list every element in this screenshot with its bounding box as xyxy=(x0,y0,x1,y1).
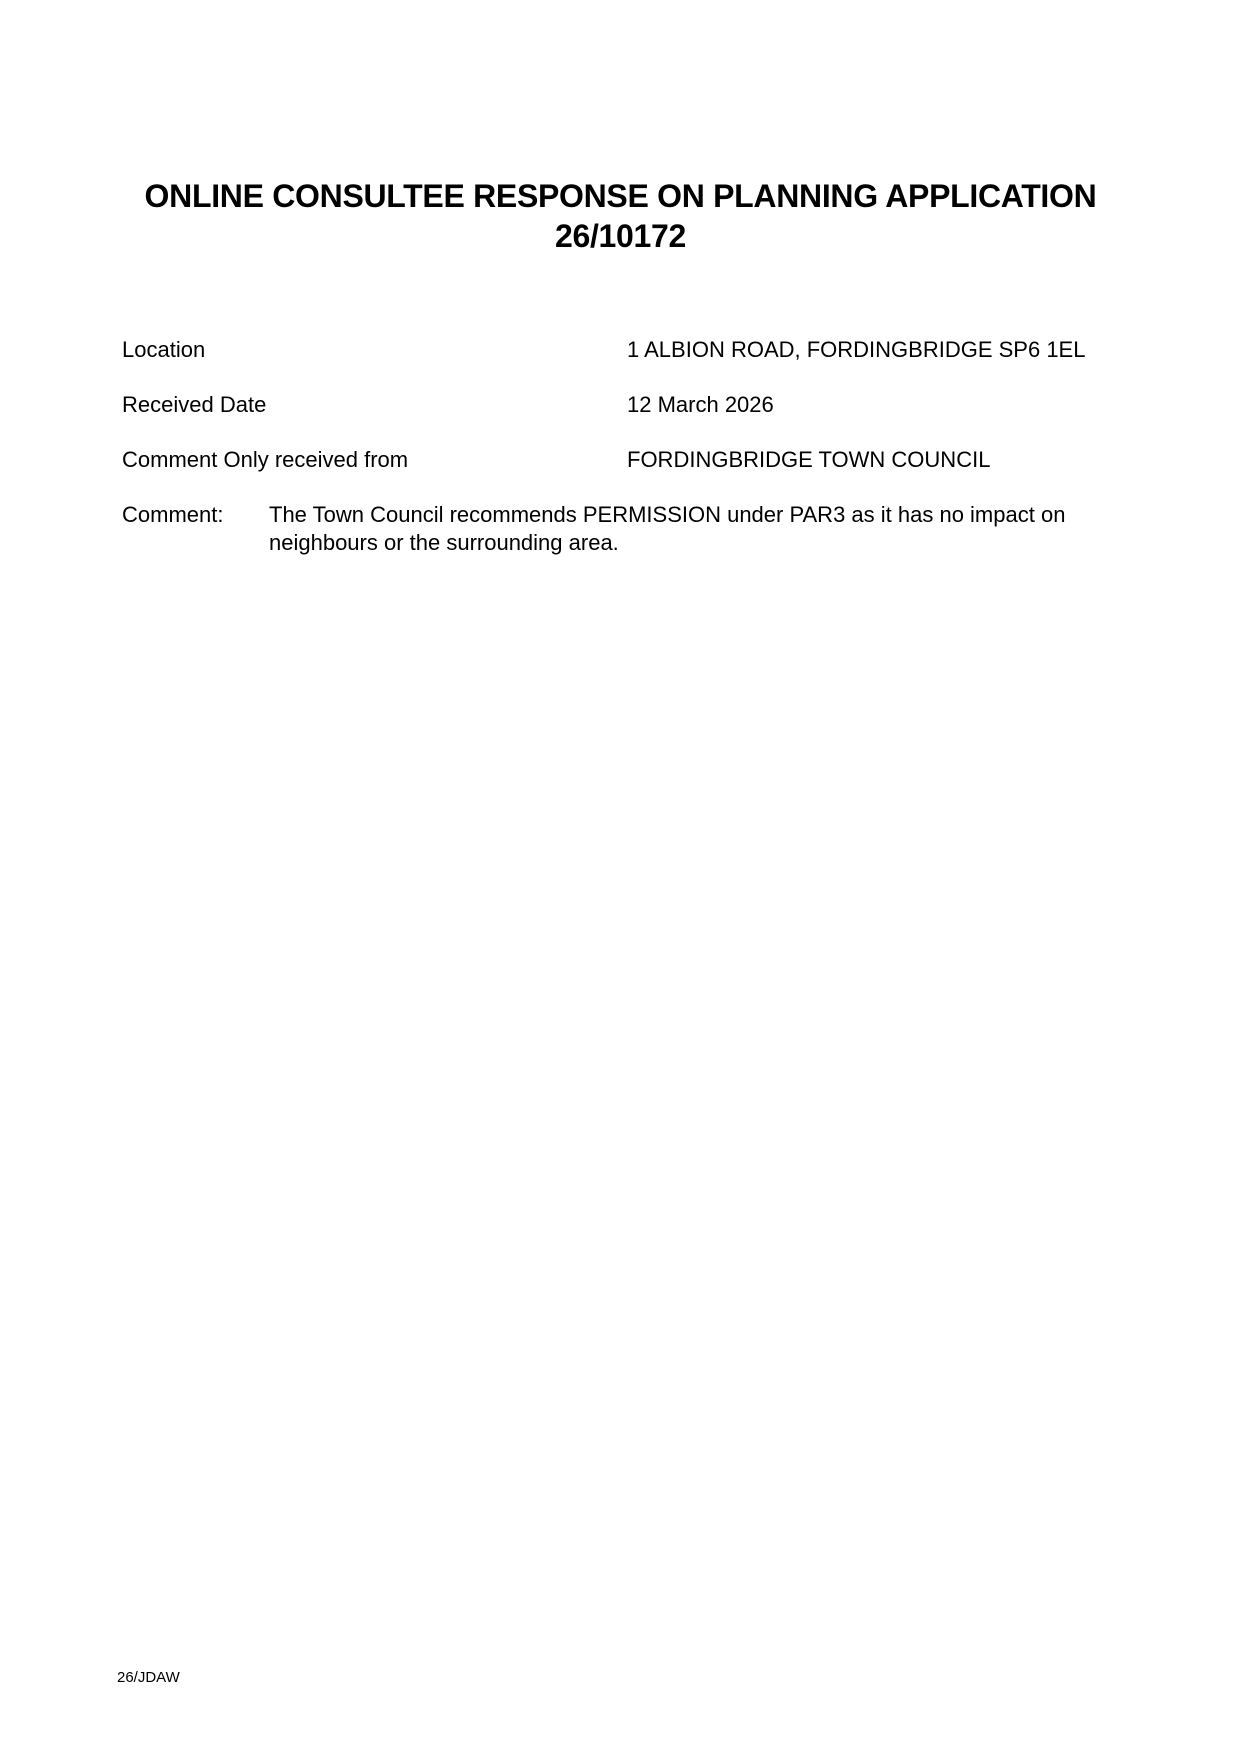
comment-label: Comment: xyxy=(122,501,223,529)
field-label-received-from: Comment Only received from xyxy=(122,446,408,474)
field-value-received-date: 12 March 2026 xyxy=(627,391,774,419)
field-label-received-date: Received Date xyxy=(122,391,266,419)
field-label-location: Location xyxy=(122,336,205,364)
footer-reference: 26/JDAW xyxy=(117,1669,180,1687)
field-value-received-from: FORDINGBRIDGE TOWN COUNCIL xyxy=(627,446,990,474)
field-value-location: 1 ALBION ROAD, FORDINGBRIDGE SP6 1EL xyxy=(627,336,1085,364)
comment-text: The Town Council recommends PERMISSION u… xyxy=(269,501,1119,557)
application-number: 26/10172 xyxy=(0,216,1241,256)
page-title: ONLINE CONSULTEE RESPONSE ON PLANNING AP… xyxy=(0,176,1241,256)
title-heading: ONLINE CONSULTEE RESPONSE ON PLANNING AP… xyxy=(0,176,1241,216)
